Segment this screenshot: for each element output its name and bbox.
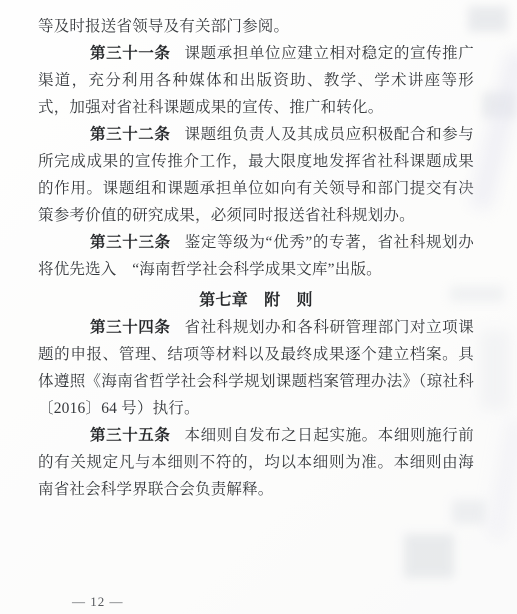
paragraph-continuation: 等及时报送省领导及有关部门参阅。 xyxy=(38,13,474,40)
chapter-heading: 第七章 附 则 xyxy=(38,287,474,314)
scanned-document-page: 等及时报送省领导及有关部门参阅。 第三十一条课题承担单位应建立相对稳定的宣传推广… xyxy=(0,0,517,614)
scan-bleed-artifact xyxy=(469,50,517,211)
article-32-number: 第三十二条 xyxy=(90,126,171,143)
article-33: 第三十三条鉴定等级为“优秀”的专著，省社科规划办将优先选入 “海南哲学社会科学成… xyxy=(38,229,474,283)
article-34-number: 第三十四条 xyxy=(90,319,171,336)
article-31: 第三十一条课题承担单位应建立相对稳定的宣传推广渠道，充分利用各种媒体和出版资助、… xyxy=(38,40,474,121)
scan-bleed-artifact xyxy=(486,419,517,541)
scan-bleed-artifact xyxy=(482,92,516,118)
paragraph-text: 等及时报送省领导及有关部门参阅。 xyxy=(38,18,289,35)
article-31-number: 第三十一条 xyxy=(90,45,171,62)
page-number: — 12 — xyxy=(72,594,124,610)
article-33-number: 第三十三条 xyxy=(90,234,171,251)
article-35: 第三十五条本细则自发布之日起实施。本细则施行前的有关规定凡与本细则不符的，均以本… xyxy=(38,422,474,503)
scan-bleed-artifact xyxy=(452,500,486,524)
document-body: 等及时报送省领导及有关部门参阅。 第三十一条课题承担单位应建立相对稳定的宣传推广… xyxy=(38,13,474,503)
article-34: 第三十四条省社科规划办和各科研管理部门对立项课题的申报、管理、结项等材料以及最终… xyxy=(38,314,474,422)
scan-bleed-artifact xyxy=(468,6,508,32)
scan-bleed-artifact xyxy=(404,534,454,578)
scan-bleed-artifact xyxy=(480,330,510,410)
article-35-number: 第三十五条 xyxy=(90,427,171,444)
article-32: 第三十二条课题组负责人及其成员应积极配合和参与所完成成果的宣传推介工作，最大限度… xyxy=(38,121,474,229)
